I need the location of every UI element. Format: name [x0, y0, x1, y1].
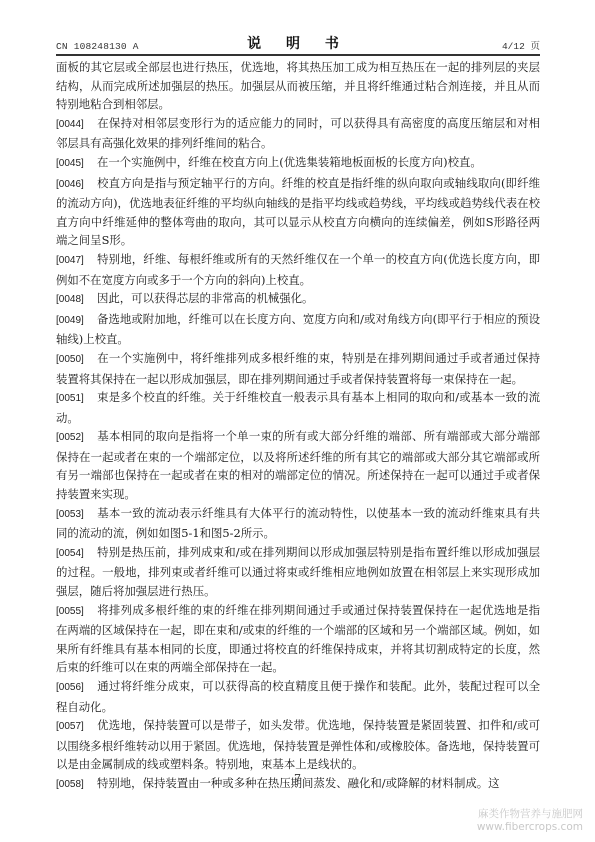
paragraph-text: 基本一致的流动表示纤维具有大体平行的流动特性，以使基本一致的流动纤维束具有共同的… — [56, 506, 540, 541]
paragraph-number: [0044] — [56, 116, 97, 135]
header-rule — [56, 54, 540, 56]
paragraph-number: [0055] — [56, 603, 97, 622]
paragraph: [0050]在一个实施例中，将纤维排列成多根纤维的束，特别是在排列期间通过手或者… — [56, 349, 540, 388]
watermark: 麻类作物营养与施肥网 www.fibercrops.com — [477, 808, 583, 834]
paragraph: [0056]通过将纤维分成束，可以获得高的校直精度且便于操作和装配。此外，装配过… — [56, 677, 540, 716]
paragraph-number: [0047] — [56, 252, 97, 271]
description-body: 面板的其它层或全部层也进行热压，优选地，将其热压加工成为相互热压在一起的排列层的… — [56, 58, 540, 795]
paragraph-text: 因此，可以获得芯层的非常高的机械强化。 — [97, 291, 313, 305]
paragraph-number: [0057] — [56, 718, 97, 737]
paragraph-text: 校直方向是指与预定轴平行的方向。纤维的校直是指纤维的纵向取向或轴线取向(即纤维的… — [56, 176, 540, 248]
paragraph-text: 面板的其它层或全部层也进行热压，优选地，将其热压加工成为相互热压在一起的排列层的… — [56, 60, 540, 111]
watermark-site-name: 麻类作物营养与施肥网 — [477, 808, 583, 821]
paragraph: [0049]备选地或附加地，纤维可以在长度方向、宽度方向和/或对角线方向(即平行… — [56, 310, 540, 349]
paragraph-text: 特别是热压前，排列成束和/或在排列期间以形成加强层特别是指布置纤维以形成加强层的… — [56, 545, 540, 598]
paragraph-text: 将排列成多根纤维的束的纤维在排列期间通过手或通过保持装置保持在一起优选地是指在两… — [56, 603, 540, 675]
paragraph: [0047]特别地，纤维、每根纤维或所有的天然纤维仅在一个单一的校直方向(优选长… — [56, 250, 540, 289]
paragraph: [0055]将排列成多根纤维的束的纤维在排列期间通过手或通过保持装置保持在一起优… — [56, 601, 540, 677]
paragraph: [0054]特别是热压前，排列成束和/或在排列期间以形成加强层特别是指布置纤维以… — [56, 543, 540, 601]
page-number: 7 — [0, 772, 595, 785]
paragraph-number: [0052] — [56, 429, 97, 448]
paragraph-number: [0050] — [56, 351, 97, 370]
paragraph-text: 在保持对相邻层变形行为的适应能力的同时，可以获得具有高密度的高度压缩层和对相邻层… — [56, 116, 540, 151]
page-indicator: 4/12 页 — [502, 38, 540, 52]
paragraph-text: 束是多个校直的纤维。关于纤维校直一般表示具有基本上相同的取向和/或基本一致的流动… — [56, 390, 540, 425]
paragraph-text: 特别地，纤维、每根纤维或所有的天然纤维仅在一个单一的校直方向(优选长度方向，即例… — [56, 252, 540, 287]
paragraph-number: [0051] — [56, 390, 97, 409]
paragraph: [0044]在保持对相邻层变形行为的适应能力的同时，可以获得具有高密度的高度压缩… — [56, 114, 540, 153]
paragraph-number: [0056] — [56, 679, 97, 698]
paragraph: [0057]优选地，保持装置可以是带子，如头发带。优选地，保持装置是紧固装置、扣… — [56, 716, 540, 774]
paragraph: [0048]因此，可以获得芯层的非常高的机械强化。 — [56, 289, 540, 310]
paragraph-number: [0045] — [56, 155, 97, 174]
paragraph-continued: 面板的其它层或全部层也进行热压，优选地，将其热压加工成为相互热压在一起的排列层的… — [56, 58, 540, 114]
paragraph: [0053]基本一致的流动表示纤维具有大体平行的流动特性，以使基本一致的流动纤维… — [56, 504, 540, 543]
paragraph-number: [0053] — [56, 506, 97, 525]
paragraph-number: [0054] — [56, 545, 97, 564]
paragraph: [0045]在一个实施例中，纤维在校直方向上(优选集装箱地板面板的长度方向)校直… — [56, 153, 540, 174]
paragraph-text: 优选地，保持装置可以是带子，如头发带。优选地，保持装置是紧固装置、扣件和/或可以… — [56, 718, 540, 771]
paragraph-text: 通过将纤维分成束，可以获得高的校直精度且便于操作和装配。此外，装配过程可以全程自… — [56, 679, 540, 714]
paragraph: [0052]基本相同的取向是指将一个单一束的所有或大部分纤维的端部、所有端部或大… — [56, 427, 540, 503]
document-title: 说 明 书 — [56, 33, 540, 53]
paragraph: [0051]束是多个校直的纤维。关于纤维校直一般表示具有基本上相同的取向和/或基… — [56, 388, 540, 427]
paragraph-text: 基本相同的取向是指将一个单一束的所有或大部分纤维的端部、所有端部或大部分端部保持… — [56, 429, 540, 501]
page-header: CN 108248130 A 说 明 书 4/12 页 — [56, 34, 540, 54]
paragraph-text: 备选地或附加地，纤维可以在长度方向、宽度方向和/或对角线方向(即平行于相应的预设… — [56, 312, 540, 347]
paragraph-text: 在一个实施例中，纤维在校直方向上(优选集装箱地板面板的长度方向)校直。 — [97, 155, 482, 169]
paragraph-number: [0048] — [56, 291, 97, 310]
paragraph-number: [0049] — [56, 312, 97, 331]
paragraph-text: 在一个实施例中，将纤维排列成多根纤维的束，特别是在排列期间通过手或者通过保持装置… — [56, 351, 540, 386]
watermark-url: www.fibercrops.com — [477, 821, 583, 834]
paragraph: [0046]校直方向是指与预定轴平行的方向。纤维的校直是指纤维的纵向取向或轴线取… — [56, 174, 540, 250]
paragraph-number: [0046] — [56, 176, 97, 195]
